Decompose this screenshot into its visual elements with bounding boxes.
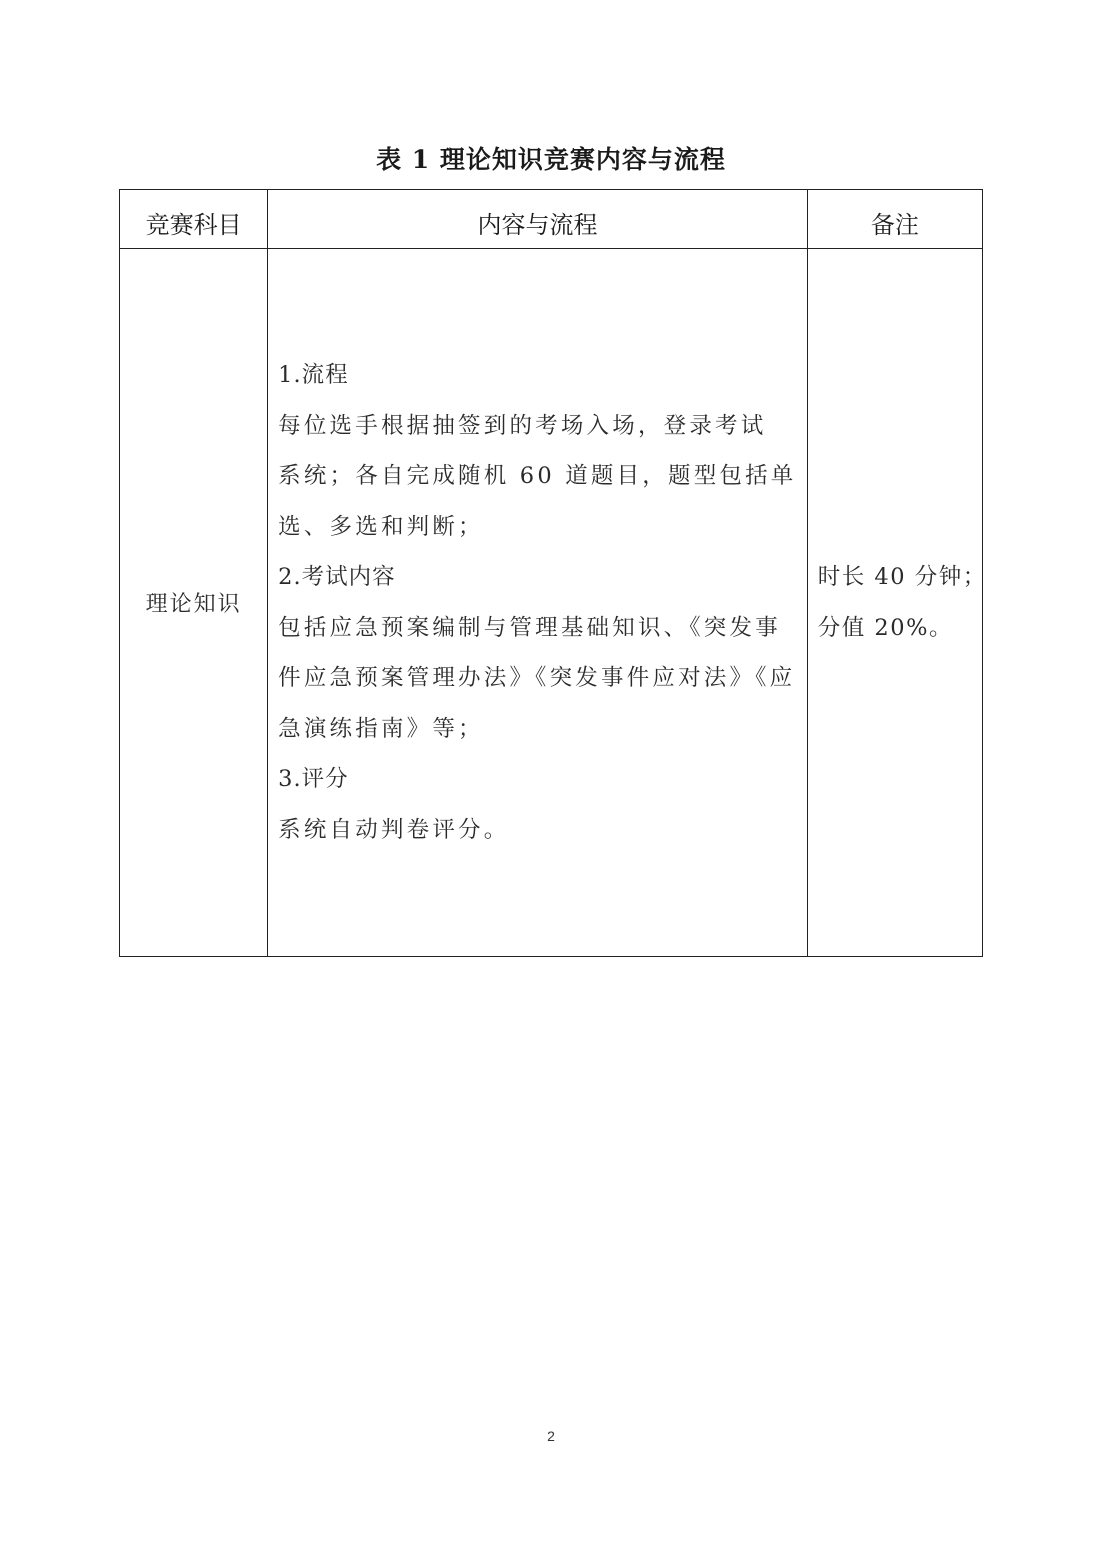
content-line: 件应急预案管理办法》《突发事件应对法》《应 [278, 653, 797, 704]
content-line: 系统；各自完成随机 60 道题目，题型包括单 [278, 451, 797, 502]
subject-cell: 理论知识 [120, 249, 268, 957]
content-line: 急演练指南》等； [278, 704, 797, 755]
content-line: 系统自动判卷评分。 [278, 805, 797, 856]
remark-cell: 时长 40 分钟； 分值 20%。 [807, 249, 982, 957]
section-heading-scoring: 3.评分 [278, 754, 797, 805]
table-title: 表 1 理论知识竞赛内容与流程 [0, 142, 1102, 178]
content-line: 选、多选和判断； [278, 502, 797, 553]
page-number: 2 [0, 1428, 1102, 1444]
table-header-row: 竞赛科目 内容与流程 备注 [120, 190, 983, 249]
header-remark: 备注 [807, 190, 982, 249]
content-line: 每位选手根据抽签到的考场入场，登录考试 [278, 401, 797, 452]
header-subject: 竞赛科目 [120, 190, 268, 249]
remark-duration: 时长 40 分钟； [818, 552, 974, 603]
section-heading-exam-content: 2.考试内容 [278, 552, 797, 603]
table-row: 理论知识 1.流程 每位选手根据抽签到的考场入场，登录考试 系统；各自完成随机 … [120, 249, 983, 957]
content-cell: 1.流程 每位选手根据抽签到的考场入场，登录考试 系统；各自完成随机 60 道题… [268, 249, 808, 957]
section-heading-process: 1.流程 [278, 350, 797, 401]
header-content: 内容与流程 [268, 190, 808, 249]
content-line: 包括应急预案编制与管理基础知识、《突发事 [278, 603, 797, 654]
competition-table: 竞赛科目 内容与流程 备注 理论知识 1.流程 每位选手根据抽签到的考场入场，登… [119, 189, 983, 957]
remark-weight: 分值 20%。 [818, 603, 974, 654]
